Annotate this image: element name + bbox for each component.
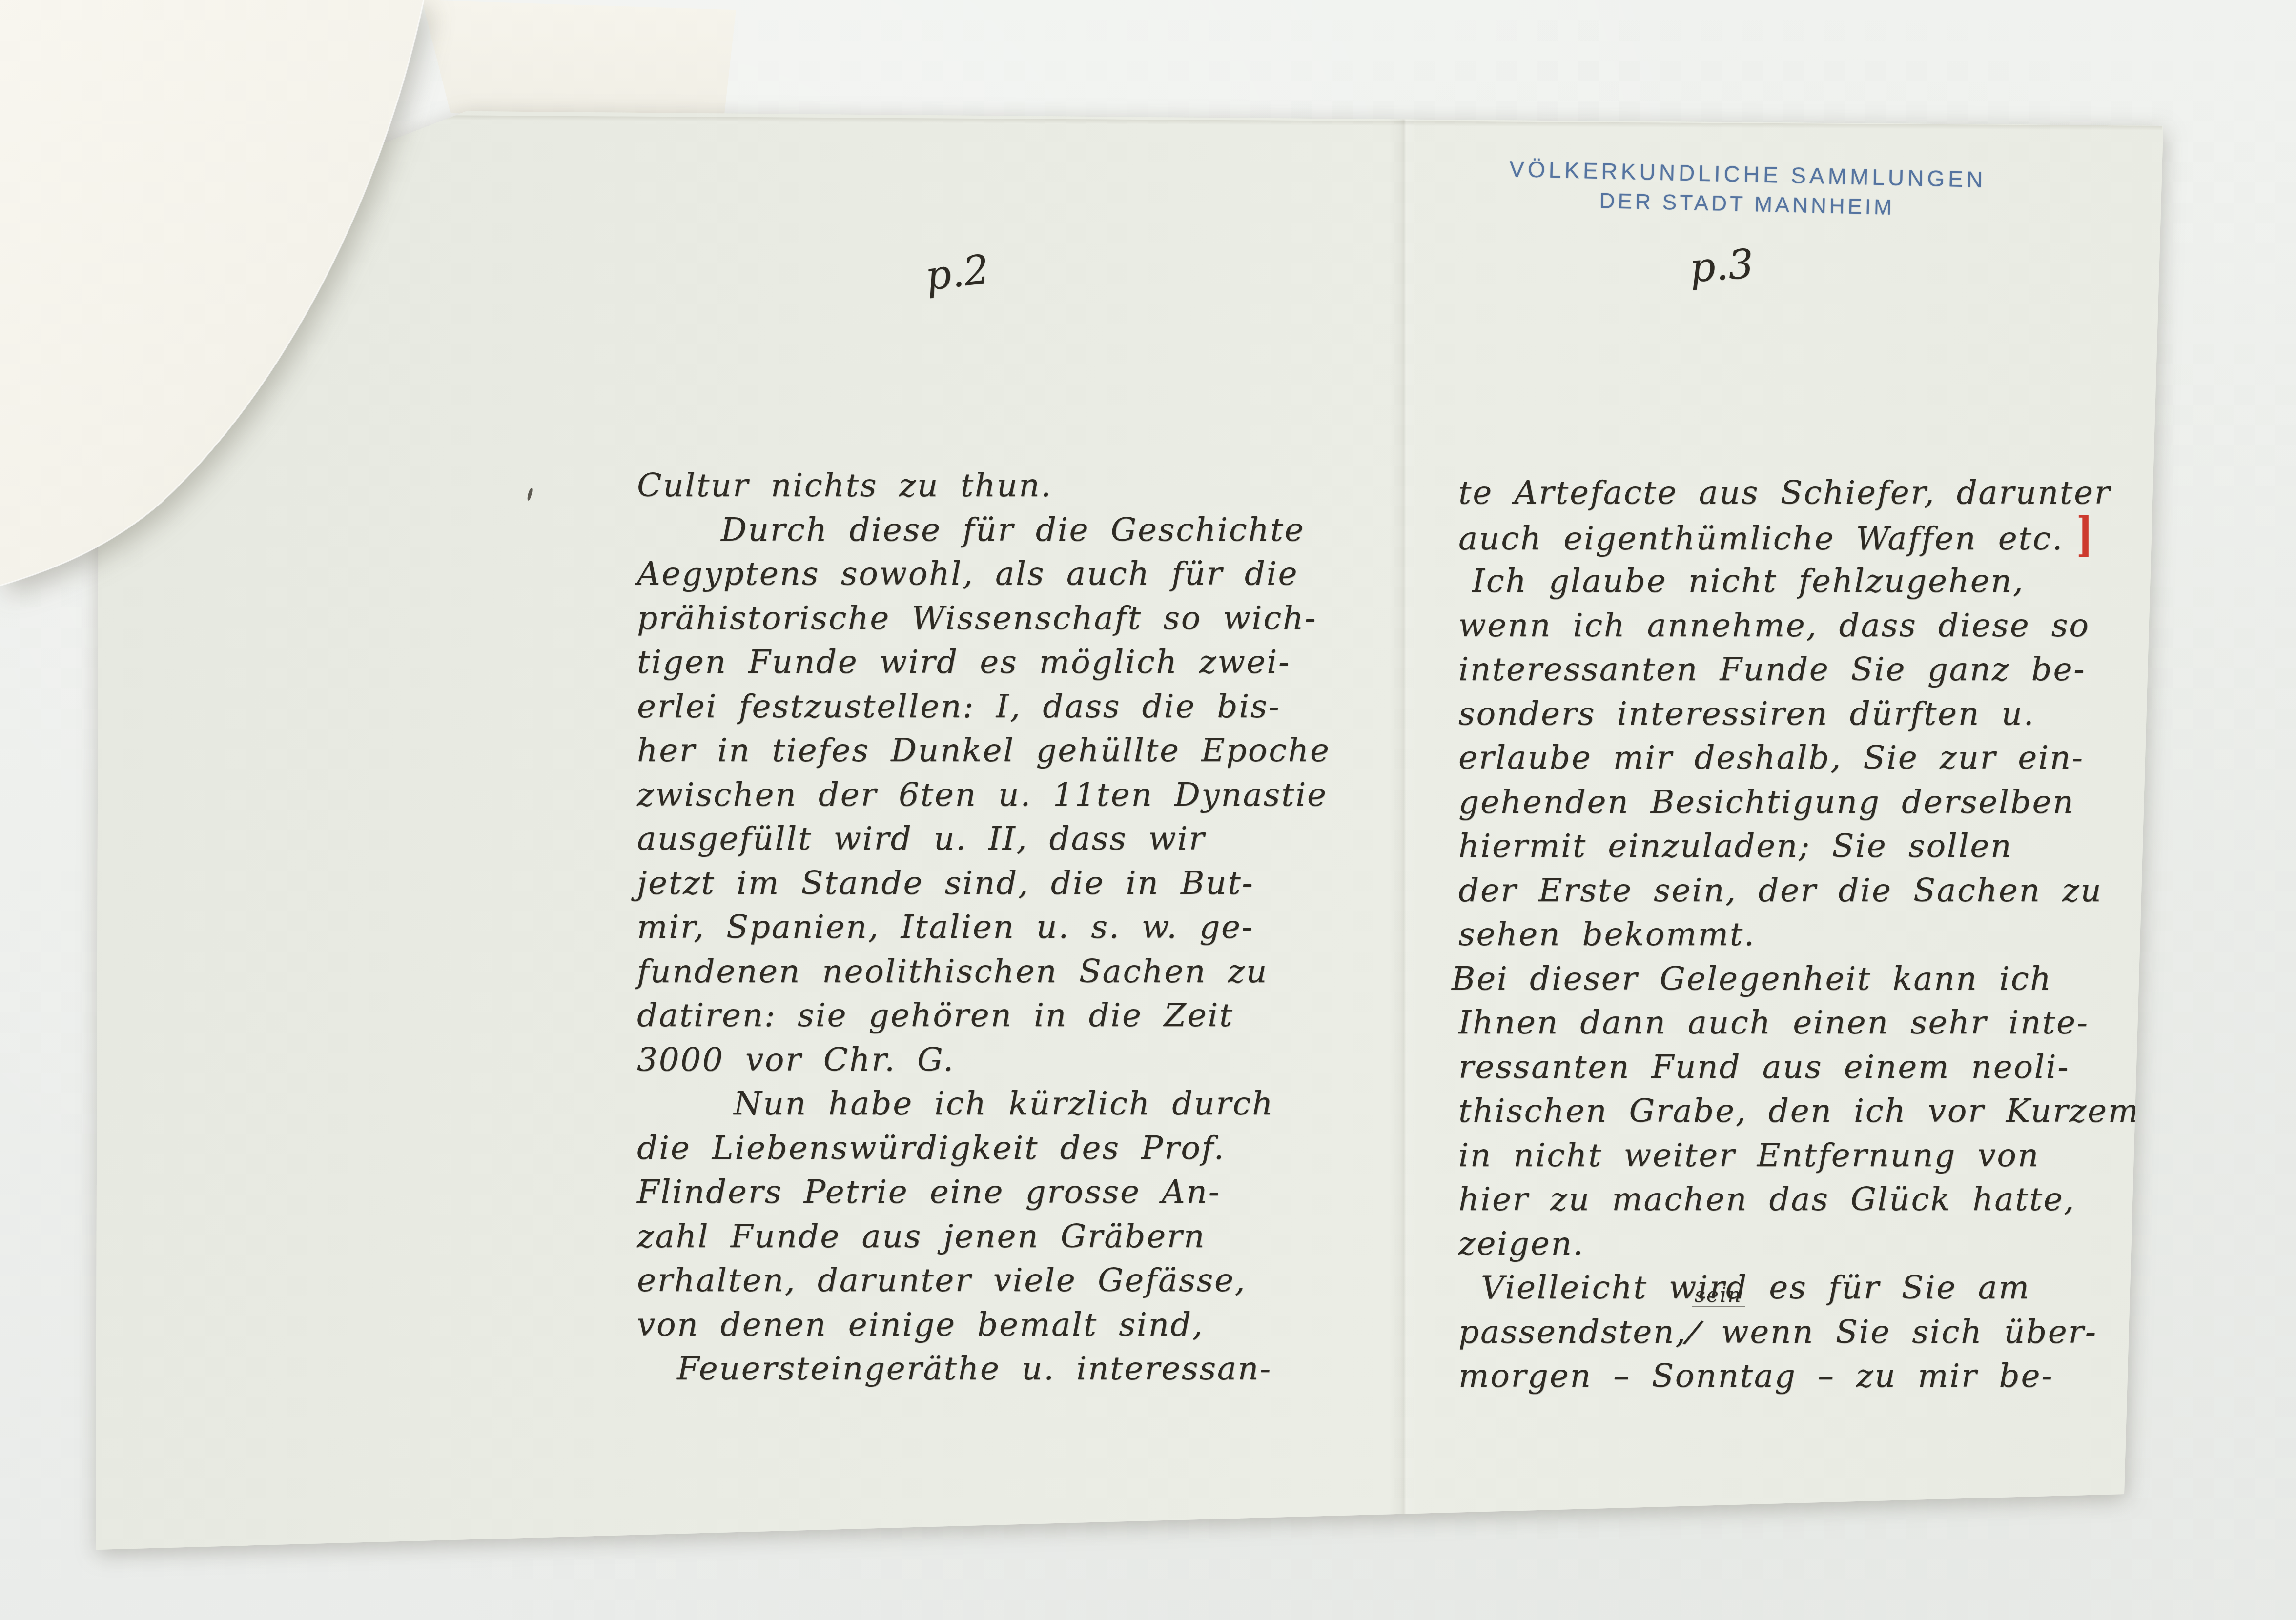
handwritten-line: datiren: sie gehören in die Zeit [637,993,1331,1038]
inserted-word: sein [1692,1285,1745,1307]
folded-corner-shape [0,0,424,586]
handwritten-line: Bei dieser Gelegenheit kann ich [1452,957,2140,1001]
handwritten-line: von denen einige bemalt sind, [637,1303,1331,1347]
handwritten-line: ausgefüllt wird u. II, dass wir [637,817,1331,861]
scan-background: VÖLKERKUNDLICHE SAMMLUNGEN DER STADT MAN… [0,0,2296,1620]
handwritten-line: Ich glaube nicht fehlzugehen, [1458,559,2140,604]
handwritten-line: her in tiefes Dunkel gehüllte Epoche [637,729,1331,773]
handwritten-line: zwischen der 6ten u. 11ten Dynastie [637,773,1331,817]
insertion-slash: / [1683,1309,1704,1355]
handwritten-line: interessanten Funde Sie ganz be- [1458,648,2140,692]
handwritten-line: prähistorische Wissenschaft so wich- [637,596,1331,641]
handwritten-line: Aegyptens sowohl, als auch für die [637,552,1331,596]
handwritten-line: morgen – Sonntag – zu mir be- [1458,1354,2140,1398]
handwritten-line: Ihnen dann auch einen sehr inte- [1458,1001,2140,1045]
handwritten-line: hiermit einzuladen; Sie sollen [1458,824,2140,869]
handwritten-text: passendsten, [1458,1313,1687,1351]
handwritten-line: Vielleicht wird es für Sie am [1458,1266,2140,1310]
handwritten-line: Nun habe ich kürzlich durch [637,1082,1331,1126]
handwritten-line: auch eigenthümliche Waffen etc. [1458,520,2064,557]
handwritten-line: erlaube mir deshalb, Sie zur ein- [1458,736,2140,780]
handwritten-line: thischen Grabe, den ich vor Kurzem [1458,1089,2140,1134]
center-fold-crease [1389,113,1418,1528]
handwritten-line: fundenen neolithischen Sachen zu [637,950,1331,994]
handwritten-line: erhalten, darunter viele Gefässe, [637,1258,1331,1303]
handwritten-line-with-red-bracket: auch eigenthümliche Waffen etc.] [1458,515,2140,560]
page-number-right: p.3 [1688,241,1755,292]
handwritten-line: ressanten Fund aus einem neoli- [1458,1045,2140,1090]
left-page-text: Cultur nichts zu thun. Durch diese für d… [637,464,1331,1391]
handwritten-line: zahl Funde aus jenen Gräbern [637,1215,1331,1259]
page-number-left: p.2 [923,246,992,300]
handwritten-line: Feuersteingeräthe u. interessan- [637,1347,1331,1391]
handwritten-line: in nicht weiter Entfernung von [1458,1134,2140,1178]
handwritten-line: Durch diese für die Geschichte [637,508,1331,552]
folded-corner [0,0,488,634]
museum-stamp: VÖLKERKUNDLICHE SAMMLUNGEN DER STADT MAN… [1500,154,1995,225]
handwritten-line: gehenden Besichtigung derselben [1458,780,2140,825]
handwritten-line: Flinders Petrie eine grosse An- [637,1170,1331,1215]
ink-speck [527,488,533,501]
handwritten-text: wenn Sie sich über- [1721,1313,2097,1351]
handwritten-line: der Erste sein, der die Sachen zu [1458,869,2140,913]
handwritten-line: die Liebenswürdigkeit des Prof. [637,1126,1331,1171]
handwritten-line: jetzt im Stande sind, die in But- [637,861,1331,906]
handwritten-line: te Artefacte aus Schiefer, darunter [1458,471,2140,515]
handwritten-line: sehen bekommt. [1458,912,2140,957]
handwritten-line: tigen Funde wird es möglich zwei- [637,640,1331,685]
right-page-text: te Artefacte aus Schiefer, darunter auch… [1458,471,2140,1398]
red-editor-bracket: ] [2076,505,2094,564]
handwritten-line: Cultur nichts zu thun. [637,464,1331,508]
handwritten-line: zeigen. [1458,1222,2140,1266]
handwritten-line: erlei festzustellen: I, dass die bis- [637,685,1331,729]
handwritten-line: hier zu machen das Glück hatte, [1458,1177,2140,1222]
handwritten-line: 3000 vor Chr. G. [637,1038,1331,1082]
handwritten-line-with-insertion: passendsten,sein/ wenn Sie sich über- [1458,1310,2140,1355]
handwritten-line: mir, Spanien, Italien u. s. w. ge- [637,905,1331,950]
handwritten-line: wenn ich annehme, dass diese so [1458,604,2140,648]
handwritten-line: sonders interessiren dürften u. [1458,692,2140,736]
insertion-anchor: sein/ [1687,1310,1700,1355]
